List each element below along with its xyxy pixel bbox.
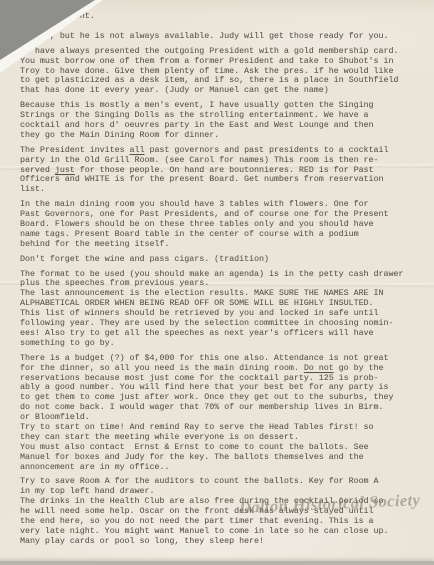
document-line: cocktail and hors d' oeuvres party in th… [20,121,424,131]
text-segment: to get them to come just after work. Onc… [20,393,393,402]
document-line: course, but he is not always available. … [20,32,424,42]
document-line: Try to start on time! And remind Ray to … [20,423,424,433]
document-line: This list of winners should be retrieved… [20,309,424,319]
text-segment: go by the [334,364,384,373]
document-line: Board. Flowers should be on these three … [20,220,424,230]
document-line: behind for the meeting itself. [20,240,424,250]
paragraph: The President invites all past governors… [20,146,424,195]
text-segment: list. [20,185,45,194]
document-line: annoncement are in my office.. [20,463,424,473]
underlined-text: just [55,166,75,175]
document-line: The last announcement is the election re… [20,289,424,299]
document-line: In the main dining room you should have … [20,200,424,210]
text-segment: Because this is mostly a men's event, I … [20,101,374,110]
paragraph: Because this is mostly a men's event, I … [20,101,424,141]
document-line: they can start the meeting while everyon… [20,433,424,443]
text-segment: annoncement are in my office.. [20,463,169,472]
document-text: page four-cont.course, but he is not alw… [20,12,424,552]
paragraph: course, but he is not always available. … [20,32,424,42]
text-segment: ably a good number. You will find here t… [20,383,388,392]
text-segment: behind for the meeting itself. [20,240,169,249]
underlined-text: Do not [304,364,334,373]
text-segment: they go the Main Dining Room for dinner. [20,131,219,140]
text-segment: name tags. Present Board table in the ce… [20,230,359,239]
document-line: Many play cards or pool so long, they sl… [20,537,424,547]
text-segment: Many play cards or pool so long, they sl… [20,537,264,546]
text-segment: Try to start on time! And remind Ray to … [20,423,374,432]
document-line: You must also contact Ernst & Ernst to c… [20,443,424,453]
document-line: party in the Old Grill Room. (see Carol … [20,156,424,166]
text-segment: for those people. On hand are boutonnier… [75,166,374,175]
document-line: The format to be used (you should make a… [20,270,424,280]
paragraph: We have always presented the outgoing Pr… [20,47,424,96]
text-segment: You must borrow one of them from a forme… [20,57,393,66]
scan-bottom-edge [0,561,434,565]
text-segment: The President invites [20,146,130,155]
document-line: ably a good number. You will find here t… [20,383,424,393]
text-segment: something to go by. [20,339,115,348]
text-segment: We have always presented the outgoing Pr… [20,47,398,56]
text-segment: There is a budget (?) of $4,000 for this… [20,354,388,363]
text-segment: You must also contact Ernst & Ernst to c… [20,443,369,452]
text-segment: reservations because most just come for … [20,374,378,383]
text-segment: Past Governors, one for Past Presidents,… [20,210,388,219]
text-segment: or Bloomfield. [20,413,90,422]
document-line: very late night. You might want Manuel t… [20,527,424,537]
text-segment: the end here, so you do not need the par… [20,517,374,526]
document-line: We have always presented the outgoing Pr… [20,47,424,57]
text-segment: In the main dining room you should have … [20,200,369,209]
document-line: for the dinner, so all you need is the m… [20,364,424,374]
document-line: that has done it every year. (Judy or Ma… [20,86,424,96]
document-line: do not come back. I would wager that 70%… [20,403,424,413]
document-line: Strings or the Singing Dolls as the stro… [20,111,424,121]
paragraph: The format to be used (you should make a… [20,270,424,349]
document-line: to get plasticized as a desk item, and i… [20,76,424,86]
text-segment: Strings or the Singing Dolls as the stro… [20,111,369,120]
document-line: The President invites all past governors… [20,146,424,156]
text-segment: very late night. You might want Manuel t… [20,527,388,536]
text-segment: The format to be used (you should make a… [20,270,403,279]
text-segment: cocktail and hors d' oeuvres party in th… [20,121,374,130]
document-line: to get them to come just after work. Onc… [20,393,424,403]
text-segment: ALPHABETICAL ORDER WHEN BEING READ OFF O… [20,299,374,308]
text-segment: do not come back. I would wager that 70%… [20,403,383,412]
text-segment: Troy to have done. Give them plenty of t… [20,67,393,76]
document-page: page four-cont.course, but he is not alw… [0,0,434,565]
document-line: or Bloomfield. [20,413,424,423]
paragraph: In the main dining room you should have … [20,200,424,249]
document-line: Try to save Room A for the auditors to c… [20,477,424,487]
text-segment: The last announcement is the election re… [20,289,383,298]
text-segment: course, but he is not always available. … [20,32,388,41]
text-segment: they can start the meeting while everyon… [20,433,299,442]
document-line: the end here, so you do not need the par… [20,517,424,527]
document-line: There is a budget (?) of $4,000 for this… [20,354,424,364]
scan-background: page four-cont.course, but he is not alw… [0,0,434,565]
document-line: following year. They are used by the sel… [20,319,424,329]
text-segment: past governors and past presidents to a … [144,146,388,155]
text-segment: Manuel for boxes and Judy for the key. T… [20,453,364,462]
document-line: Don't forget the wine and pass cigars. (… [20,255,424,265]
text-segment: following year. They are used by the sel… [20,319,393,328]
document-line: You must borrow one of them from a forme… [20,57,424,67]
paragraph: Don't forget the wine and pass cigars. (… [20,255,424,265]
document-line: reservations because most just come for … [20,374,424,384]
text-segment: Officers and WHITE is for the present Bo… [20,175,383,184]
text-segment: This list of winners should be retrieved… [20,309,378,318]
text-segment: in my top left hand drawer. [20,487,154,496]
document-line: served just for those people. On hand ar… [20,166,424,176]
paragraph: There is a budget (?) of $4,000 for this… [20,354,424,473]
document-line: Officers and WHITE is for the present Bo… [20,175,424,185]
text-segment: that has done it every year. (Judy or Ma… [20,86,329,95]
text-segment: served [20,166,55,175]
document-line: name tags. Present Board table in the ce… [20,230,424,240]
document-line: Because this is mostly a men's event, I … [20,101,424,111]
document-line: Past Governors, one for Past Presidents,… [20,210,424,220]
text-segment: Try to save Room A for the auditors to c… [20,477,378,486]
document-line: something to go by. [20,339,424,349]
document-line: ees! Also try to get all the speeches as… [20,329,424,339]
text-segment: to get plasticized as a desk item, and i… [20,76,398,85]
underlined-text: all [130,146,145,155]
document-line: Troy to have done. Give them plenty of t… [20,67,424,77]
text-segment: Board. Flowers should be on these three … [20,220,374,229]
document-line: plus the speeches from previous years. [20,279,424,289]
document-line: Manuel for boxes and Judy for the key. T… [20,453,424,463]
text-segment: ees! Also try to get all the speeches as… [20,329,374,338]
text-segment: plus the speeches from previous years. [20,279,209,288]
text-segment: party in the Old Grill Room. (see Carol … [20,156,378,165]
document-line: list. [20,185,424,195]
text-segment: for the dinner, so all you need is the m… [20,364,304,373]
document-line: they go the Main Dining Room for dinner. [20,131,424,141]
document-line: ALPHABETICAL ORDER WHEN BEING READ OFF O… [20,299,424,309]
text-segment: Don't forget the wine and pass cigars. (… [20,255,269,264]
